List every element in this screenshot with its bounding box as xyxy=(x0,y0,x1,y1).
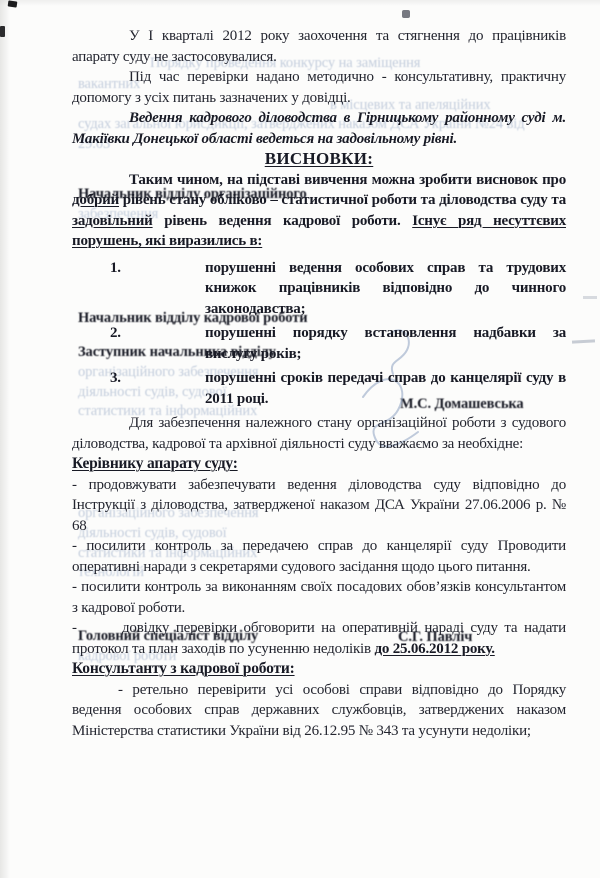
violation-item: 1. порушенні ведення особових справ та т… xyxy=(72,258,566,320)
hr-consultant-heading-text: Консультанту з кадрової роботи: xyxy=(72,660,295,677)
scan-artifact-mark xyxy=(0,26,5,37)
recommendation-item-deadline: -довідку перевірки обговорити на операти… xyxy=(72,618,566,659)
violation-number: 3. xyxy=(110,368,205,409)
violation-item: 2. порушенні порядку встановлення надбав… xyxy=(72,323,566,364)
violation-item: 3. порушенні сроків передачі справ до ка… xyxy=(72,368,566,409)
violation-text: порушенні ведення особових справ та труд… xyxy=(205,258,566,320)
hr-consultant-heading: Консультанту з кадрової роботи: xyxy=(72,659,566,680)
recommendation-item: - посилити контроль за виконанням своїх … xyxy=(72,577,566,618)
paragraph-recommendations-lead: Для забезпечення належного стану організ… xyxy=(72,413,566,454)
head-of-staff-heading-text: Керівнику апарату суду: xyxy=(72,455,238,472)
document-page: У І кварталі 2012 року заохочення та стя… xyxy=(0,0,600,878)
violations-list: 1. порушенні ведення особових справ та т… xyxy=(72,258,566,410)
violation-text: порушенні порядку встановлення надбавки … xyxy=(205,323,566,364)
scan-artifact-mark xyxy=(402,10,410,18)
recommendation-item: - посилити контроль за передачею справ д… xyxy=(72,536,566,577)
deadline-date: до 25.06.2012 року. xyxy=(374,641,494,657)
summary-seg3: рівень стану обліково – статистичної роб… xyxy=(119,192,566,208)
violation-number: 1. xyxy=(110,258,205,320)
paragraph-assistance: Під час перевірки надано методично - кон… xyxy=(72,67,566,108)
scan-artifact-mark xyxy=(8,0,18,7)
summary-good-rating: добрий xyxy=(72,192,119,208)
paragraph-incentives: У І кварталі 2012 року заохочення та стя… xyxy=(72,26,566,67)
recommendation-item: - продовжувати забезпечувати ведення діл… xyxy=(72,475,566,537)
summary-seg5: рівень ведення кадрової роботи. xyxy=(153,213,413,229)
paragraph-assessment: Ведення кадрового діловодства в Гірницьк… xyxy=(72,108,566,149)
head-of-staff-heading: Керівнику апарату суду: xyxy=(72,454,566,475)
summary-seg1: Таким чином, на підставі вивчення можна … xyxy=(129,172,566,188)
violation-text: порушенні сроків передачі справ до канце… xyxy=(205,368,566,409)
conclusions-heading: ВИСНОВКИ: xyxy=(72,149,566,170)
violation-number: 2. xyxy=(110,323,205,364)
conclusions-heading-text: ВИСНОВКИ: xyxy=(265,149,374,168)
recommendation-item: - ретельно перевірити усі особові справи… xyxy=(72,680,566,742)
summary-satisfactory-rating: задовільний xyxy=(72,213,153,229)
paragraph-summary: Таким чином, на підставі вивчення можна … xyxy=(72,170,566,252)
scan-artifact-mark xyxy=(583,296,597,299)
list-dash: - xyxy=(72,618,122,639)
